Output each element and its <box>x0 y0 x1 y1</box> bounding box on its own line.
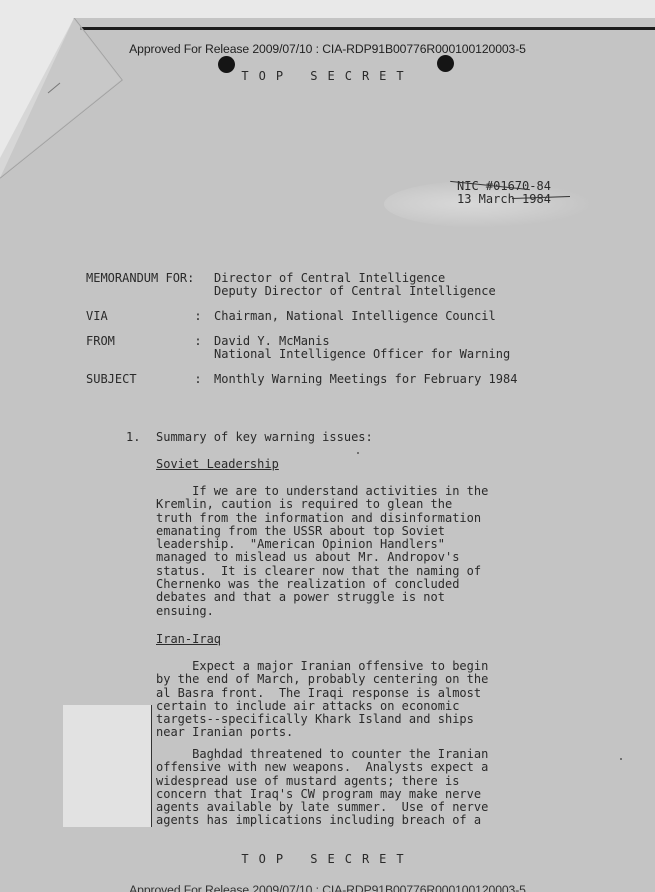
via-row: VIA : Chairman, National Intelligence Co… <box>86 310 606 323</box>
from-row: FROM : David Y. McManis National Intelli… <box>86 335 606 361</box>
item-number: 1. <box>126 431 140 444</box>
paper-speck <box>357 452 359 454</box>
classification-marking-bottom: TOP SECRET <box>0 852 655 866</box>
header-label: SUBJECT : <box>86 373 214 386</box>
memo-for-row: MEMORANDUM FOR: Director of Central Inte… <box>86 272 606 298</box>
paper-speck <box>620 758 622 760</box>
paragraph-iran-iraq-2: Baghdad threatened to counter the Irania… <box>156 748 488 828</box>
memo-body: 1. Summary of key warning issues: Soviet… <box>126 431 546 564</box>
section-heading-iran-iraq: Iran-Iraq <box>156 633 221 646</box>
header-value: Director of Central Intelligence Deputy … <box>214 272 496 298</box>
classification-marking-top: TOP SECRET <box>0 69 655 83</box>
memo-header: MEMORANDUM FOR: Director of Central Inte… <box>86 272 606 398</box>
header-label: MEMORANDUM FOR: <box>86 272 214 298</box>
header-value: Monthly Warning Meetings for February 19… <box>214 373 517 386</box>
release-stamp-top: Approved For Release 2009/07/10 : CIA-RD… <box>0 42 655 56</box>
header-value: David Y. McManis National Intelligence O… <box>214 335 510 361</box>
header-label: FROM : <box>86 335 214 361</box>
page-top-edge-rule <box>80 27 655 30</box>
release-stamp-bottom: Approved For Release 2009/07/10 : CIA-RD… <box>0 883 655 892</box>
subject-row: SUBJECT : Monthly Warning Meetings for F… <box>86 373 606 386</box>
section-heading-soviet-leadership: Soviet Leadership <box>156 458 279 471</box>
control-date: 13 March 1984 <box>457 192 551 206</box>
paragraph-soviet-leadership: If we are to understand activities in th… <box>156 485 488 618</box>
item-title: Summary of key warning issues: <box>156 431 373 444</box>
redaction-box <box>63 705 152 827</box>
header-value: Chairman, National Intelligence Council <box>214 310 496 323</box>
header-label: VIA : <box>86 310 214 323</box>
paragraph-iran-iraq-1: Expect a major Iranian offensive to begi… <box>156 660 488 740</box>
